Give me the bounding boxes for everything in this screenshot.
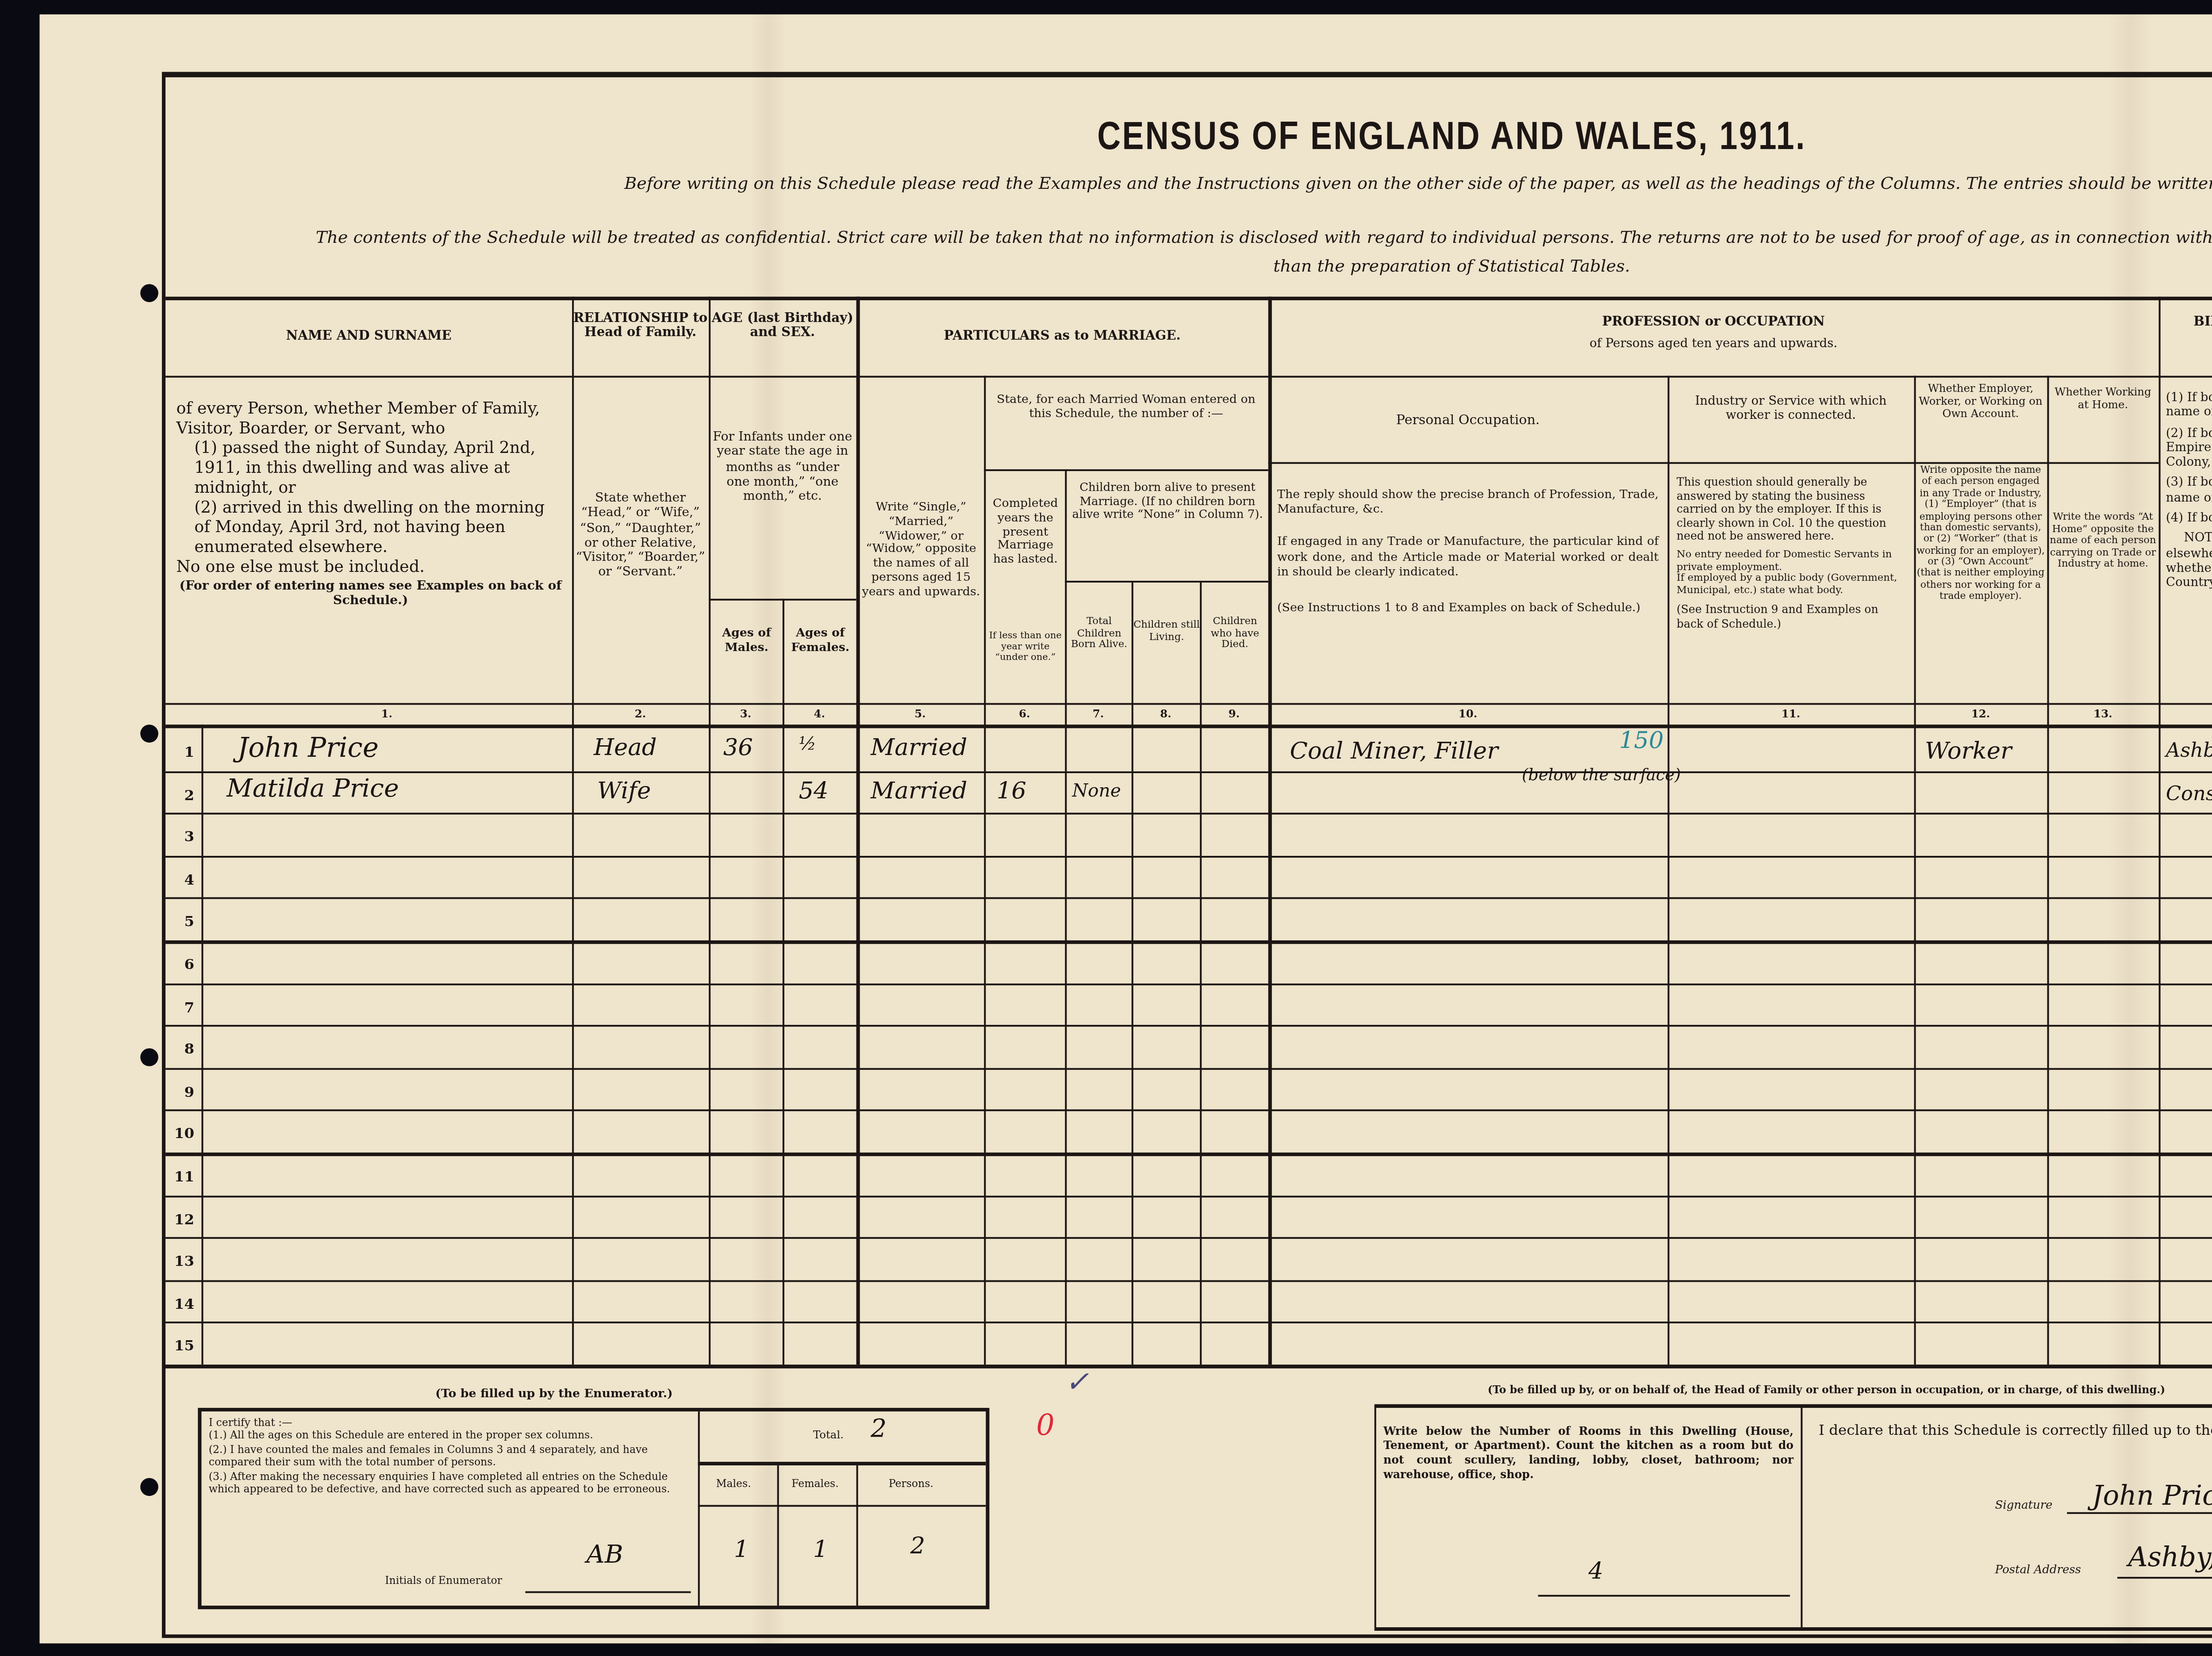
row2-condition[interactable]: Married xyxy=(871,778,967,805)
row-number: 6 xyxy=(169,955,194,973)
enumerator-heading: (To be filled up by the Enumerator.) xyxy=(435,1386,673,1401)
punch-hole xyxy=(140,724,158,743)
header-bottom-rule xyxy=(165,703,2212,705)
row-rule xyxy=(165,898,2212,900)
instruction-line: Before writing on this Schedule please r… xyxy=(435,174,2212,194)
col-rule xyxy=(856,297,860,1365)
age-sub-rule xyxy=(709,599,856,601)
rooms-value[interactable]: 4 xyxy=(1589,1559,1604,1586)
totals-divider xyxy=(856,1465,858,1606)
col-rule xyxy=(1268,297,1272,1365)
row-number: 11 xyxy=(169,1167,194,1185)
column-number: 11. xyxy=(1667,709,1914,721)
row-number: 8 xyxy=(169,1039,194,1058)
totals-divider xyxy=(777,1465,779,1606)
birthplace-description: (1) If born in the United Kingdom, write… xyxy=(2166,390,2212,590)
row-number: 1 xyxy=(169,743,194,761)
col-rule xyxy=(201,724,203,1365)
years-description: Completed years the present Marriage has… xyxy=(986,498,1065,568)
females-value[interactable]: 1 xyxy=(813,1537,828,1564)
check-mark-icon: ✓ xyxy=(1065,1365,1089,1399)
table-top-rule xyxy=(165,297,2212,300)
row-rule xyxy=(165,1195,2212,1197)
row2-marriage-years[interactable]: 16 xyxy=(997,778,1026,805)
col-rule xyxy=(1065,469,1067,1365)
rooms-divider xyxy=(1801,1408,1802,1627)
row-rule xyxy=(165,1365,2212,1368)
col-rule xyxy=(1667,376,1669,1365)
row2-relationship[interactable]: Wife xyxy=(597,778,651,805)
age-males-label: Ages of Males. xyxy=(710,628,783,655)
row1-age-female-struck[interactable]: ½ xyxy=(799,736,816,755)
column-number: 4. xyxy=(783,709,856,721)
row-number: 15 xyxy=(169,1337,194,1355)
row1-occupation[interactable]: Coal Miner, Filler xyxy=(1290,739,1498,766)
children-description: Children born alive to present Marriage.… xyxy=(1068,482,1266,522)
heading-age: AGE (last Birthday) and SEX. xyxy=(709,311,856,341)
row1-age-male[interactable]: 36 xyxy=(723,736,753,763)
rooms-line xyxy=(1538,1595,1790,1597)
row-number: 3 xyxy=(169,828,194,846)
col-rule xyxy=(709,297,710,1365)
row-rule xyxy=(165,855,2212,857)
header-rule xyxy=(165,376,2212,378)
row-rule xyxy=(165,1322,2212,1324)
personal-occupation-label: Personal Occupation. xyxy=(1268,412,1668,428)
column-number: 13. xyxy=(2047,709,2158,721)
occupation-sub-rule xyxy=(1268,462,2159,464)
heading-birthplace: BIRTHPLACE of every person. xyxy=(2159,314,2212,330)
heading-name: NAME AND SURNAME xyxy=(165,329,572,344)
row-rule xyxy=(165,770,2212,772)
column-number: 10. xyxy=(1268,709,1668,721)
initials-value[interactable]: AB xyxy=(587,1541,623,1570)
punch-hole xyxy=(140,284,158,302)
signature-label: Signature xyxy=(1995,1498,2053,1512)
punch-hole xyxy=(140,1048,158,1066)
page-title: CENSUS OF ENGLAND AND WALES, 1911. xyxy=(397,113,2212,160)
row-rule xyxy=(165,983,2212,985)
row-rule xyxy=(165,940,2212,944)
relationship-description: State whether “Head,” or “Wife,” “Son,” … xyxy=(576,491,705,580)
postal-address-line xyxy=(2117,1577,2212,1579)
heading-relationship: RELATIONSHIP to Head of Family. xyxy=(572,311,709,341)
col-rule xyxy=(1200,581,1202,1365)
age-females-label: Ages of Females. xyxy=(784,628,856,655)
initials-label: Initials of Enumerator xyxy=(385,1577,502,1587)
total-children-label: Total Children Born Alive. xyxy=(1067,617,1131,652)
red-mark: 0 xyxy=(1036,1408,1054,1442)
years-note: If less than one year write “under one.” xyxy=(986,631,1065,664)
row1-occupation-note[interactable]: (below the surface) xyxy=(1522,768,1681,786)
males-label: Males. xyxy=(716,1480,751,1491)
punch-hole xyxy=(140,1478,158,1496)
totals-rule-2 xyxy=(698,1505,986,1506)
totals-divider xyxy=(698,1411,700,1606)
signature-line xyxy=(2067,1512,2212,1514)
column-number: 5. xyxy=(856,709,984,721)
row1-condition[interactable]: Married xyxy=(871,736,967,763)
col-rule xyxy=(1132,581,1133,1365)
document-stage: CENSUS OF ENGLAND AND WALES, 1911. Befor… xyxy=(0,0,2212,1656)
children-living-label: Children still Living. xyxy=(1133,620,1200,644)
row2-birthplace[interactable]: Consett, Durham xyxy=(2166,782,2212,805)
column-number: 9. xyxy=(1200,709,1268,721)
schedule-frame: CENSUS OF ENGLAND AND WALES, 1911. Befor… xyxy=(162,72,2212,1638)
row2-children-born[interactable]: None xyxy=(1072,782,1121,802)
row-rule xyxy=(165,1068,2212,1069)
employer-description: Write opposite the name of each person e… xyxy=(1916,466,2046,603)
column-number: 3. xyxy=(709,709,783,721)
column-number: 8. xyxy=(1132,709,1200,721)
enumerator-box: I certify that :— (1.) All the ages on t… xyxy=(198,1408,989,1609)
total-value[interactable]: 2 xyxy=(871,1415,887,1444)
column-number: 6. xyxy=(984,709,1065,721)
column-number: 7. xyxy=(1065,709,1131,721)
postal-address-value[interactable]: Ashby, de-la-Zouch. xyxy=(2128,1541,2212,1573)
col-rule xyxy=(2159,297,2161,1365)
row1-employer-status[interactable]: Worker xyxy=(1925,739,2012,766)
confidential-line-2: than the preparation of Statistical Tabl… xyxy=(184,257,2212,277)
col-rule xyxy=(572,297,574,1365)
row-rule xyxy=(165,1238,2212,1239)
head-of-family-heading: (To be filled up by, or on behalf of, th… xyxy=(1488,1386,2165,1397)
row-rule xyxy=(165,1280,2212,1282)
row-number: 9 xyxy=(169,1082,194,1100)
totals-rule xyxy=(698,1462,986,1465)
heading-marriage: PARTICULARS as to MARRIAGE. xyxy=(856,329,1268,344)
married-woman-description: State, for each Married Woman entered on… xyxy=(987,394,1264,422)
signature-value[interactable]: John Price xyxy=(2092,1480,2212,1512)
body-top-rule xyxy=(165,724,2212,728)
personal-occupation-description: The reply should show the precise branch… xyxy=(1277,487,1659,616)
row-rule xyxy=(165,1025,2212,1027)
home-description: Write the words “At Home” opposite the n… xyxy=(2049,513,2157,572)
children-sub-rule xyxy=(1065,581,1268,583)
row2-name[interactable]: Matilda Price xyxy=(227,775,399,804)
row-number: 14 xyxy=(169,1294,194,1312)
row-number: 12 xyxy=(169,1209,194,1227)
enumerator-certification: I certify that :— (1.) All the ages on t… xyxy=(209,1418,691,1499)
column-number: 2. xyxy=(572,709,709,721)
column-number: 14. xyxy=(2159,709,2212,721)
row-rule xyxy=(165,1153,2212,1156)
row-number: 7 xyxy=(169,997,194,1015)
column-number: 1. xyxy=(201,709,572,721)
column-number: 12. xyxy=(1914,709,2047,721)
condition-description: Write “Single,” “Married,” “Widower,” or… xyxy=(860,502,983,599)
row2-age-female[interactable]: 54 xyxy=(799,778,828,805)
row-number: 4 xyxy=(169,870,194,888)
females-label: Females. xyxy=(791,1480,839,1491)
employer-label: Whether Employer, Worker, or Working on … xyxy=(1916,383,2046,421)
row-number: 5 xyxy=(169,912,194,931)
heading-occupation: PROFESSION or OCCUPATION xyxy=(1268,314,2159,330)
subheading-occupation: of Persons aged ten years and upwards. xyxy=(1268,336,2159,351)
row1-relationship[interactable]: Head xyxy=(594,736,657,763)
children-died-label: Children who have Died. xyxy=(1202,617,1268,652)
row-number: 2 xyxy=(169,785,194,803)
head-of-family-box: Write below the Number of Rooms in this … xyxy=(1375,1404,2212,1631)
confidential-line: The contents of the Schedule will be tre… xyxy=(184,228,2212,248)
row-number: 13 xyxy=(169,1252,194,1270)
row-rule xyxy=(165,1110,2212,1112)
age-description: For Infants under one year state the age… xyxy=(712,430,853,504)
industry-description: This question should generally be answer… xyxy=(1677,476,1907,631)
marriage-sub-rule xyxy=(984,469,1268,471)
males-value[interactable]: 1 xyxy=(734,1537,749,1564)
row1-occupation-code[interactable]: 150 xyxy=(1619,728,1664,755)
persons-label: Persons. xyxy=(889,1480,933,1491)
initials-line xyxy=(525,1591,691,1593)
row-number: 10 xyxy=(169,1124,194,1142)
row1-birthplace[interactable]: Ashby-de-la-Zouch, xyxy=(2166,739,2212,763)
name-description: of every Person, whether Member of Famil… xyxy=(176,401,565,609)
rooms-description: Write below the Number of Rooms in this … xyxy=(1383,1426,1793,1484)
postal-address-label: Postal Address xyxy=(1995,1563,2081,1577)
total-label: Total. xyxy=(813,1430,844,1442)
industry-label: Industry or Service with which worker is… xyxy=(1671,394,1911,422)
persons-value[interactable]: 2 xyxy=(910,1534,926,1561)
home-label: Whether Working at Home. xyxy=(2049,387,2157,412)
declaration: I declare that this Schedule is correctl… xyxy=(1819,1422,2212,1438)
row1-name[interactable]: John Price xyxy=(238,732,379,764)
row-rule xyxy=(165,813,2212,815)
